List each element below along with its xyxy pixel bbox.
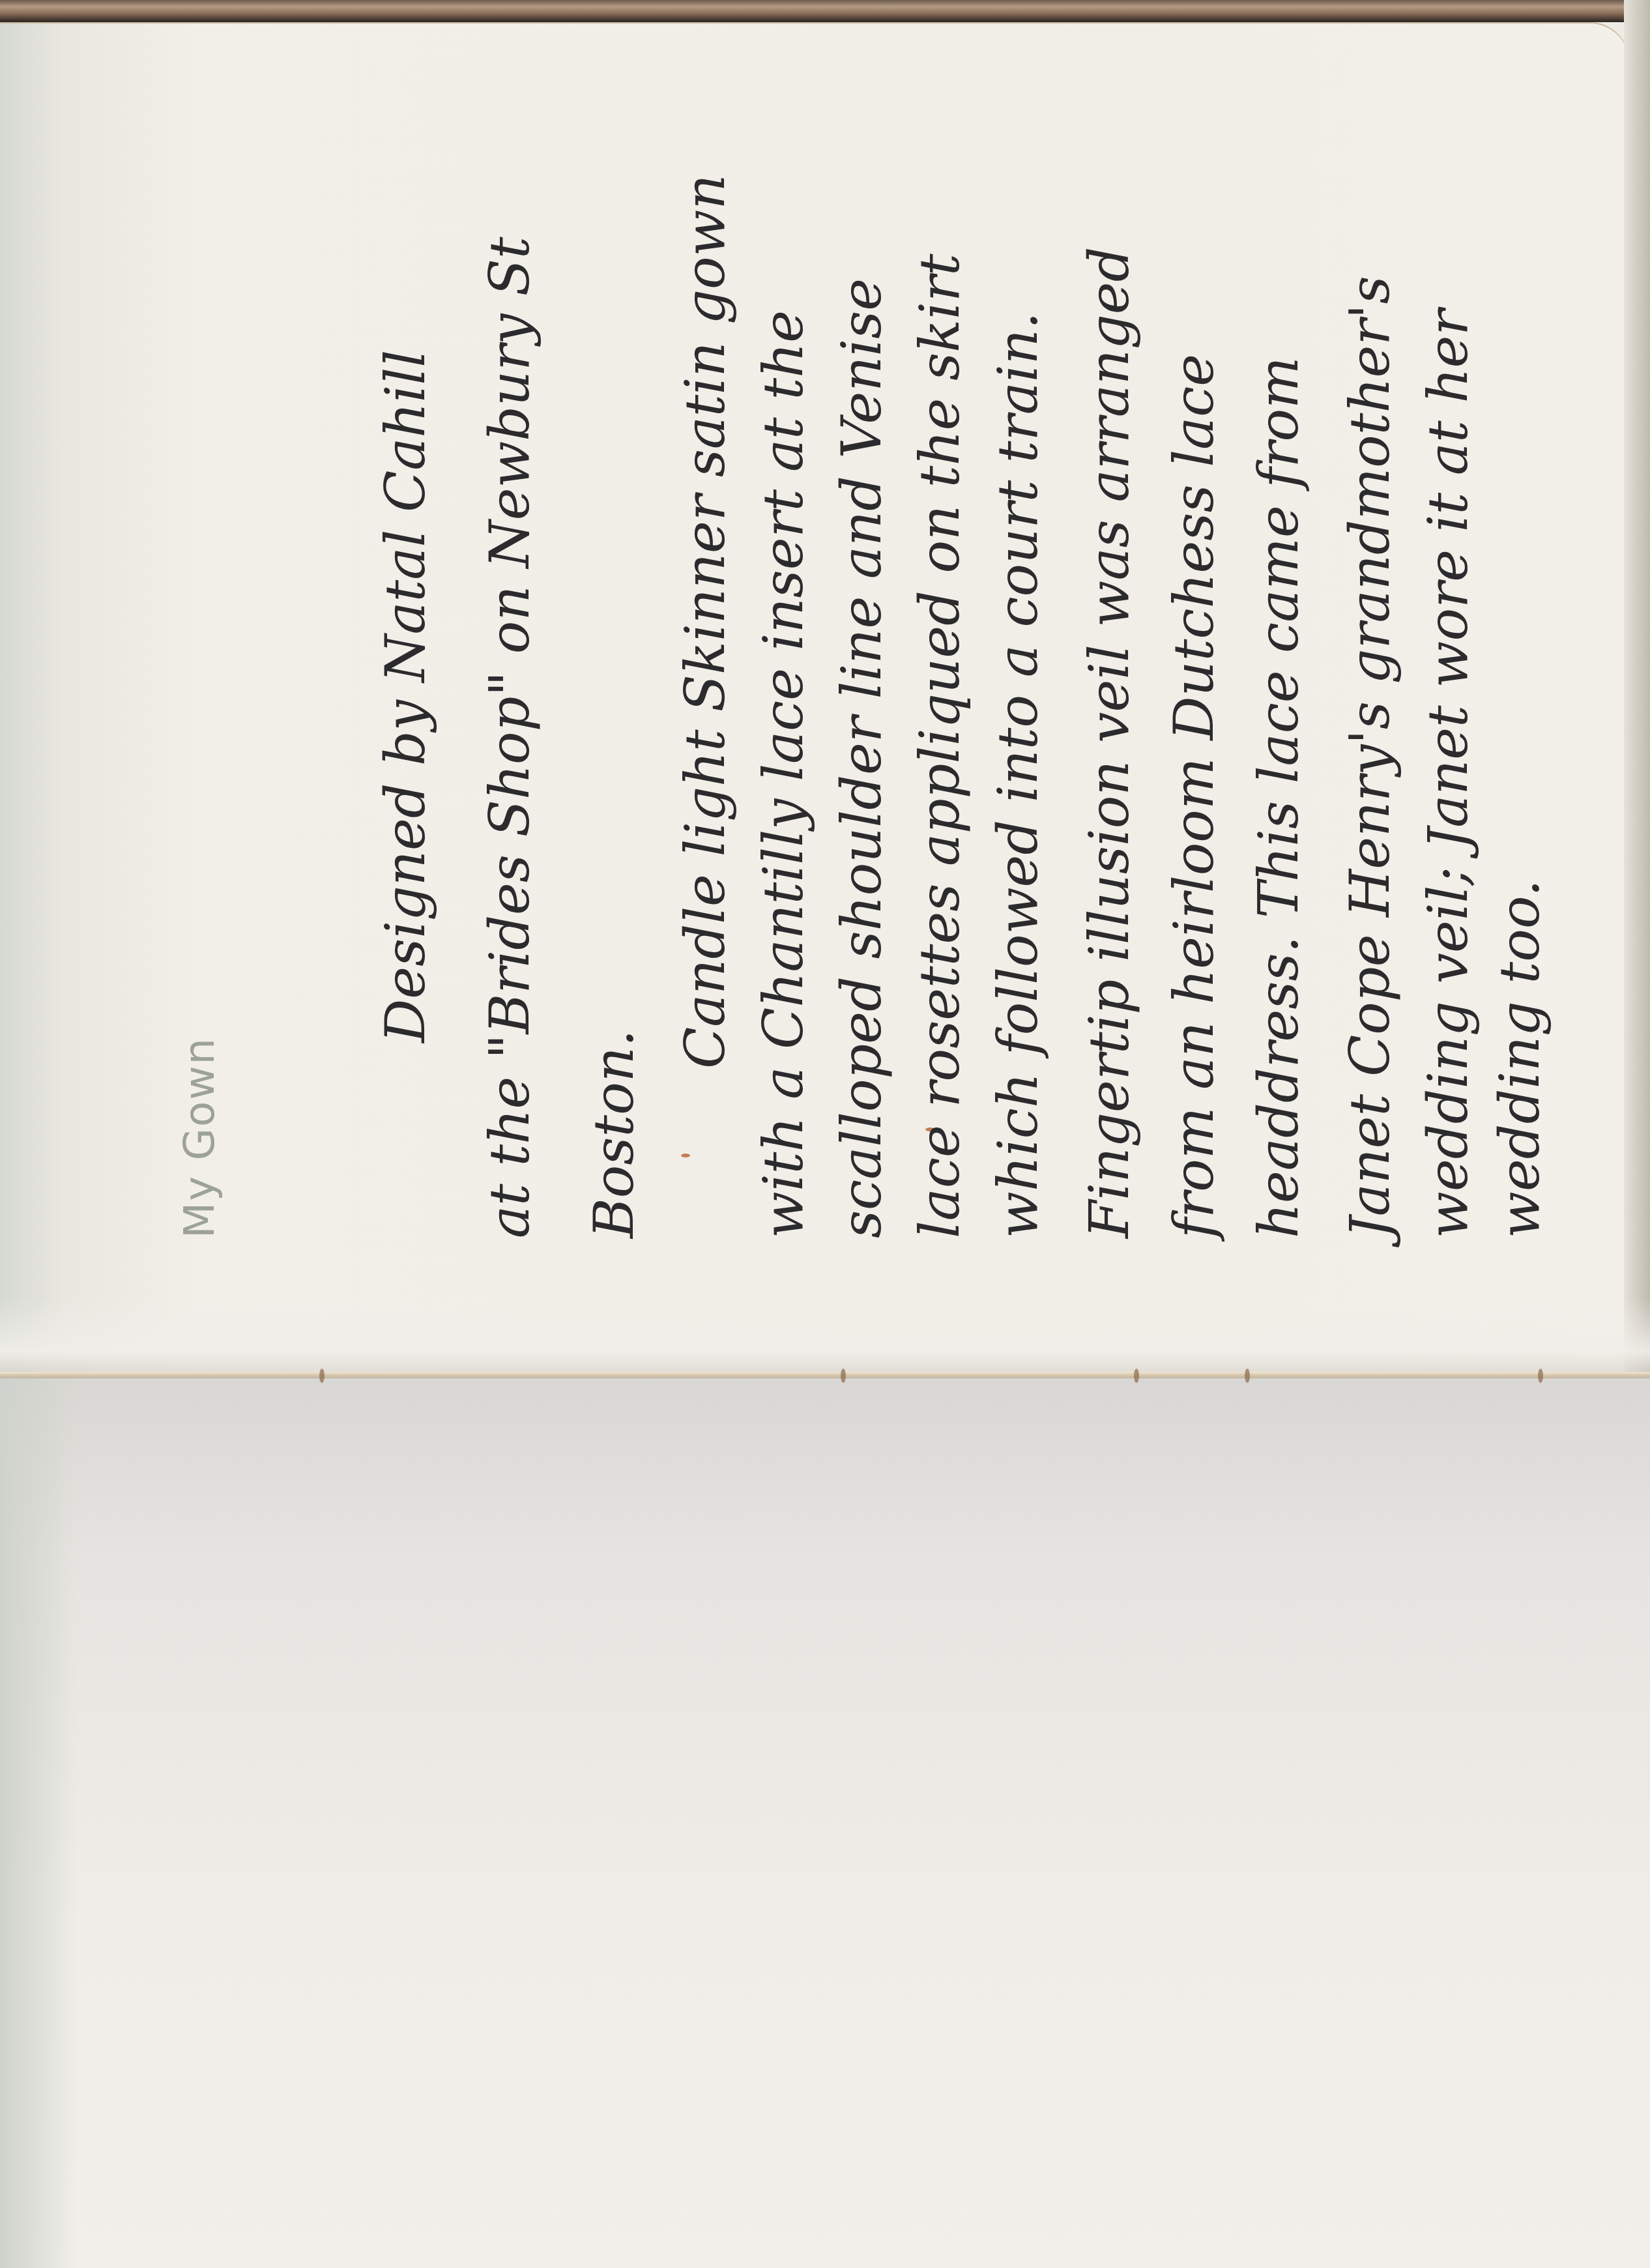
handwritten-line: Janet Cope Henry's grandmother's	[1342, 276, 1397, 1238]
handwritten-line: Candle light Skinner satin gown	[678, 174, 732, 1069]
fold-shadow	[0, 1297, 1650, 1375]
binding-stitch	[1134, 1369, 1139, 1383]
lower-page-shadow	[0, 1378, 78, 2268]
binding-stitch	[319, 1369, 325, 1383]
lower-page-blank	[0, 1378, 1650, 2268]
page-edge-right	[1624, 0, 1650, 1378]
scanned-album-spread: My Gown Designed by Natal Cahill at the …	[0, 0, 1650, 2268]
handwritten-line: lace rosettes appliqued on the skirt	[912, 254, 967, 1238]
album-binding-edge	[0, 0, 1650, 22]
binding-stitch	[1245, 1369, 1250, 1383]
handwritten-line: wedding veil; Janet wore it at her	[1421, 310, 1475, 1238]
handwritten-line: scalloped shoulder line and Venise	[834, 278, 889, 1238]
handwritten-line: wedding too.	[1492, 879, 1547, 1238]
binding-stitch	[1538, 1369, 1543, 1383]
rotated-page-content: My Gown Designed by Natal Cahill at the …	[117, 65, 1421, 1238]
handwritten-line: from an heirloom Dutchess lace	[1166, 354, 1221, 1238]
binding-stitch	[841, 1369, 846, 1383]
handwritten-line: Fingertip illusion veil was arranged	[1082, 247, 1136, 1238]
handwritten-line: Designed by Natal Cahill	[378, 350, 433, 1043]
handwritten-line: at the "Brides Shop" on Newbury St	[482, 237, 537, 1238]
page-title: My Gown	[176, 1037, 224, 1238]
handwritten-line: which followed into a court train.	[991, 312, 1045, 1238]
handwritten-line: with a Chantilly lace insert at the	[756, 310, 811, 1238]
handwritten-line: headdress. This lace came from	[1251, 356, 1306, 1238]
handwritten-line: Boston.	[586, 1029, 641, 1238]
page-fold-gutter	[0, 1372, 1650, 1378]
